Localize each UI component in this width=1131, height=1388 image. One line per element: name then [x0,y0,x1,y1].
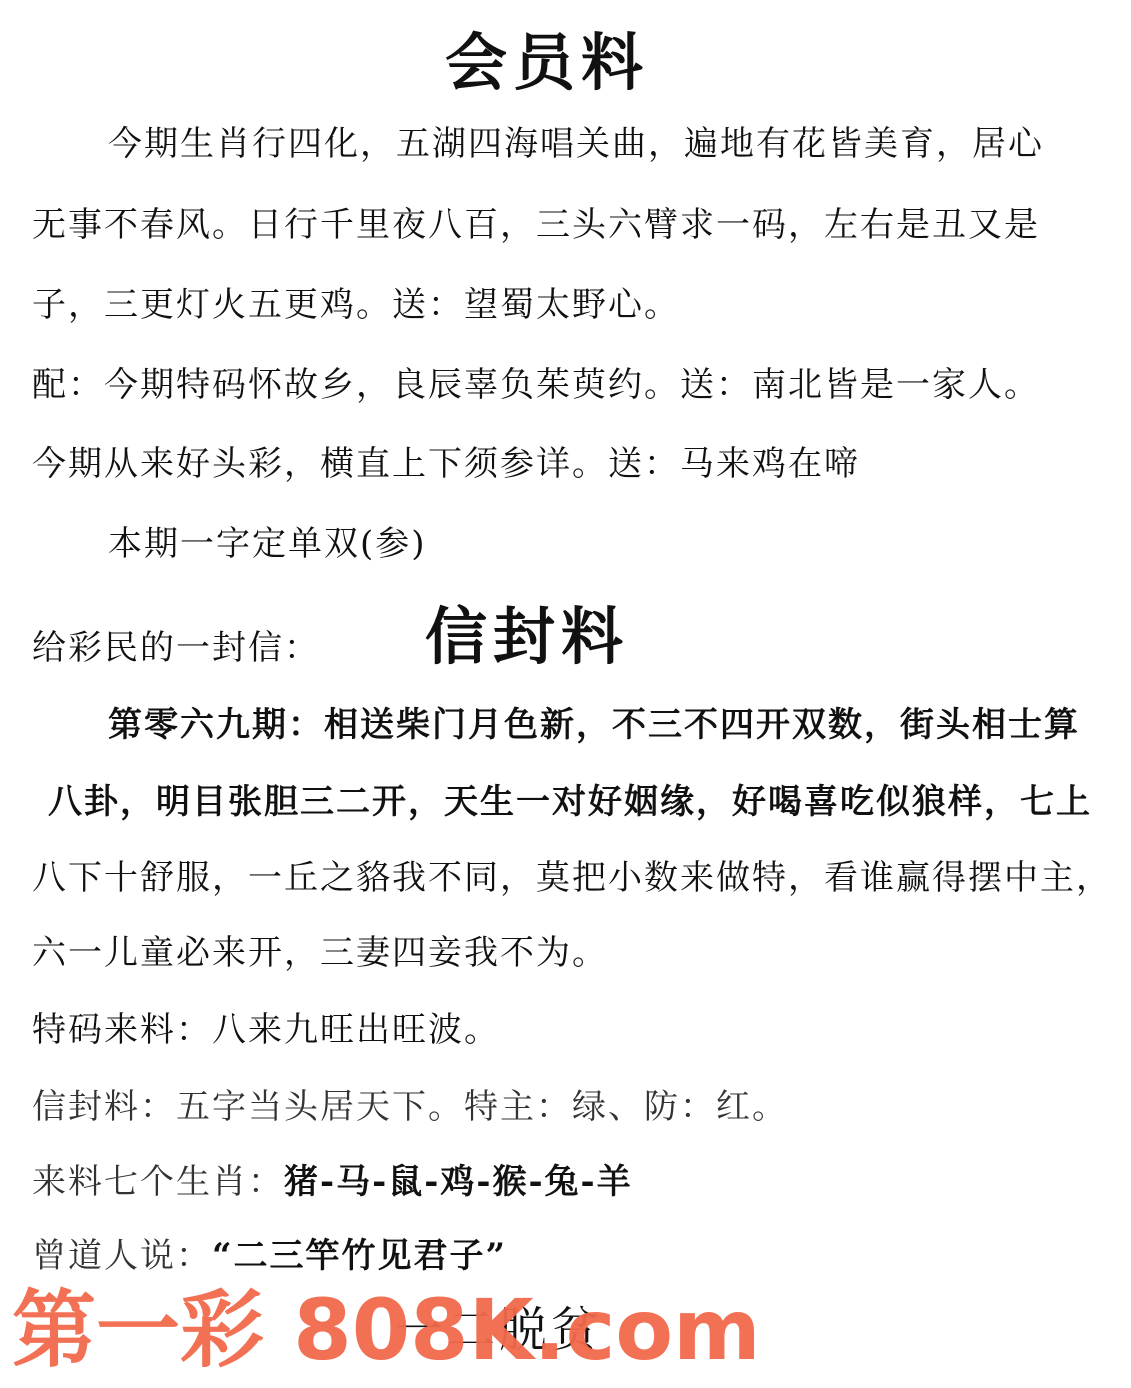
letter-prefix: 给彩民的一封信： [32,628,320,668]
quote-line: 曾道人说：“二三竿竹见君子” [32,1236,507,1276]
paragraph-line: 无事不春风。日行千里夜八百，三头六臂求一码，左右是丑又是 [32,205,1040,245]
envelope-line: 信封料：五字当头居天下。特主：绿、防：红。 [32,1087,788,1127]
paragraph-line: 今期生肖行四化，五湖四海唱关曲，遍地有花皆美育，居心 [108,124,1044,164]
paragraph-line: 本期一字定单双(参) [108,524,427,564]
paragraph-line: 八下十舒服，一丘之貉我不同，莫把小数来做特，看谁赢得摆中主， [32,858,1112,898]
paragraph-line: 第零六九期：相送柴门月色新，不三不四开双数，街头相士算 [108,705,1080,745]
zodiac-label: 来料七个生肖： [32,1162,284,1202]
paragraph-line: 八卦，明目张胆三二开，天生一对好姻缘，好喝喜吃似狼样，七上 [48,782,1092,822]
zodiac-value: 猪-马-鼠-鸡-猴-兔-羊 [284,1162,633,1202]
quote-label: 曾道人说： [32,1236,212,1276]
paragraph-line: 子，三更灯火五更鸡。送：望蜀太野心。 [32,285,680,325]
special-source-label: 特码来料： [32,1010,212,1050]
paragraph-line: 今期从来好头彩，横直上下须参详。送：马来鸡在啼 [32,444,860,484]
paragraph-line: 配：今期特码怀故乡，良辰辜负茱萸约。送：南北皆是一家人。 [32,365,1040,405]
envelope-material-title: 信封料 [425,602,629,672]
watermark: 第一彩 808K.com [12,1282,761,1378]
paragraph-line: 六一儿童必来开，三妻四妾我不为。 [32,933,608,973]
member-material-title: 会员料 [445,28,649,98]
special-source-value: 八来九旺出旺波。 [212,1010,500,1050]
zodiac-line: 来料七个生肖：猪-马-鼠-鸡-猴-兔-羊 [32,1162,633,1202]
special-source-line: 特码来料：八来九旺出旺波。 [32,1010,500,1050]
quote-value: “二三竿竹见君子” [212,1236,507,1276]
